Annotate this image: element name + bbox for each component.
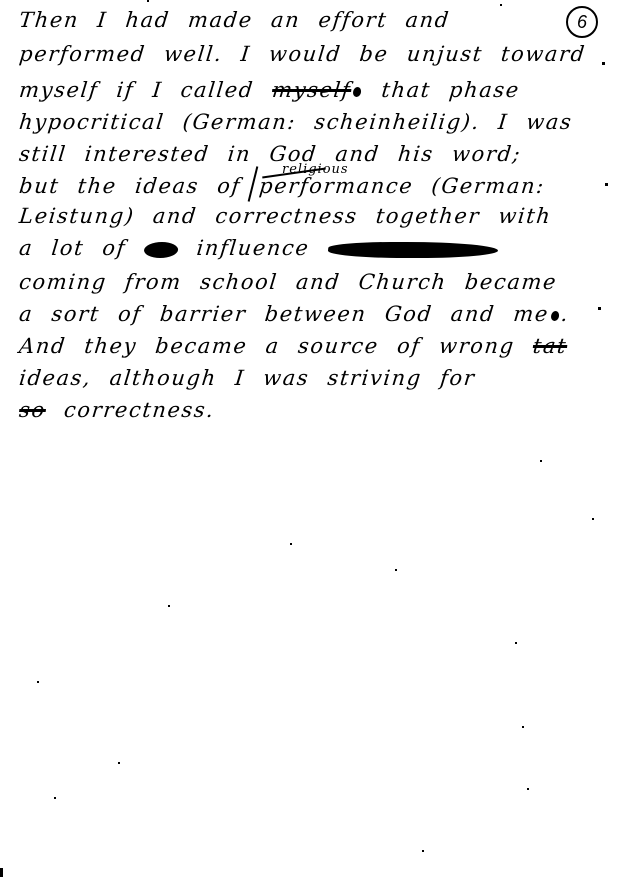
line-text: but the ideas of bbox=[18, 174, 261, 198]
margin-dot bbox=[605, 183, 608, 186]
scan-speck bbox=[290, 543, 292, 545]
scan-speck bbox=[522, 726, 524, 728]
handwritten-line-5: still interested in God and his word; bbox=[18, 142, 523, 166]
line-text: . bbox=[560, 302, 571, 326]
scan-speck bbox=[54, 797, 56, 799]
handwritten-line-3: myself if I called myself that phase bbox=[18, 78, 521, 102]
document-page: 6 Then I had made an effort and performe… bbox=[0, 0, 638, 877]
handwritten-line-4: hypocritical (German: scheinheilig). I w… bbox=[18, 110, 574, 134]
page-number-badge: 6 bbox=[566, 6, 598, 38]
line-text: performance (German: bbox=[258, 174, 546, 198]
scribbled-out-word: xx bbox=[143, 242, 179, 258]
scan-speck bbox=[118, 762, 120, 764]
handwritten-line-1: Then I had made an effort and bbox=[18, 8, 451, 32]
handwritten-line-7: Leistung) and correctness together with bbox=[18, 204, 553, 228]
line-text: a lot of bbox=[18, 236, 146, 260]
line-text: correctness. bbox=[45, 398, 216, 422]
handwritten-line-12: ideas, although I was striving for bbox=[18, 366, 477, 390]
ink-blot bbox=[353, 87, 362, 97]
scribbled-out-phrase: xxxxxxxx bbox=[327, 242, 499, 258]
line-text: And they became a source of wrong bbox=[18, 334, 534, 358]
line-text: myself if I called bbox=[18, 78, 273, 102]
ink-blot bbox=[550, 311, 559, 321]
line-text: influence bbox=[177, 236, 329, 260]
handwritten-line-13: so correctness. bbox=[18, 398, 216, 422]
scan-speck bbox=[527, 788, 529, 790]
scan-speck bbox=[515, 642, 517, 644]
scan-speck bbox=[147, 0, 149, 2]
struck-out-word: so bbox=[18, 398, 47, 422]
margin-dot bbox=[598, 307, 601, 310]
margin-dot bbox=[602, 62, 605, 65]
handwritten-line-2: performed well. I would be unjust toward bbox=[18, 42, 587, 66]
handwritten-line-8: a lot of xx influence xxxxxxxx bbox=[18, 236, 499, 260]
handwritten-line-6: but the ideas of performance (German: bbox=[18, 174, 546, 198]
scan-edge-mark bbox=[0, 868, 3, 877]
scan-speck bbox=[168, 605, 170, 607]
scan-speck bbox=[592, 518, 594, 520]
struck-out-word: myself bbox=[271, 78, 353, 102]
line-text: a sort of barrier between God and me bbox=[18, 302, 550, 326]
line-text: performed well. I would be unjust toward bbox=[18, 42, 587, 66]
handwritten-line-11: And they became a source of wrong tat bbox=[18, 334, 568, 358]
scan-speck bbox=[540, 460, 542, 462]
scan-speck bbox=[500, 4, 502, 6]
handwritten-line-10: a sort of barrier between God and me. bbox=[18, 302, 571, 326]
line-text: that phase bbox=[362, 78, 521, 102]
scan-speck bbox=[37, 681, 39, 683]
scan-speck bbox=[422, 850, 424, 852]
scan-speck bbox=[395, 569, 397, 571]
struck-out-word: tat bbox=[532, 334, 569, 358]
handwritten-line-9: coming from school and Church became bbox=[18, 270, 558, 294]
